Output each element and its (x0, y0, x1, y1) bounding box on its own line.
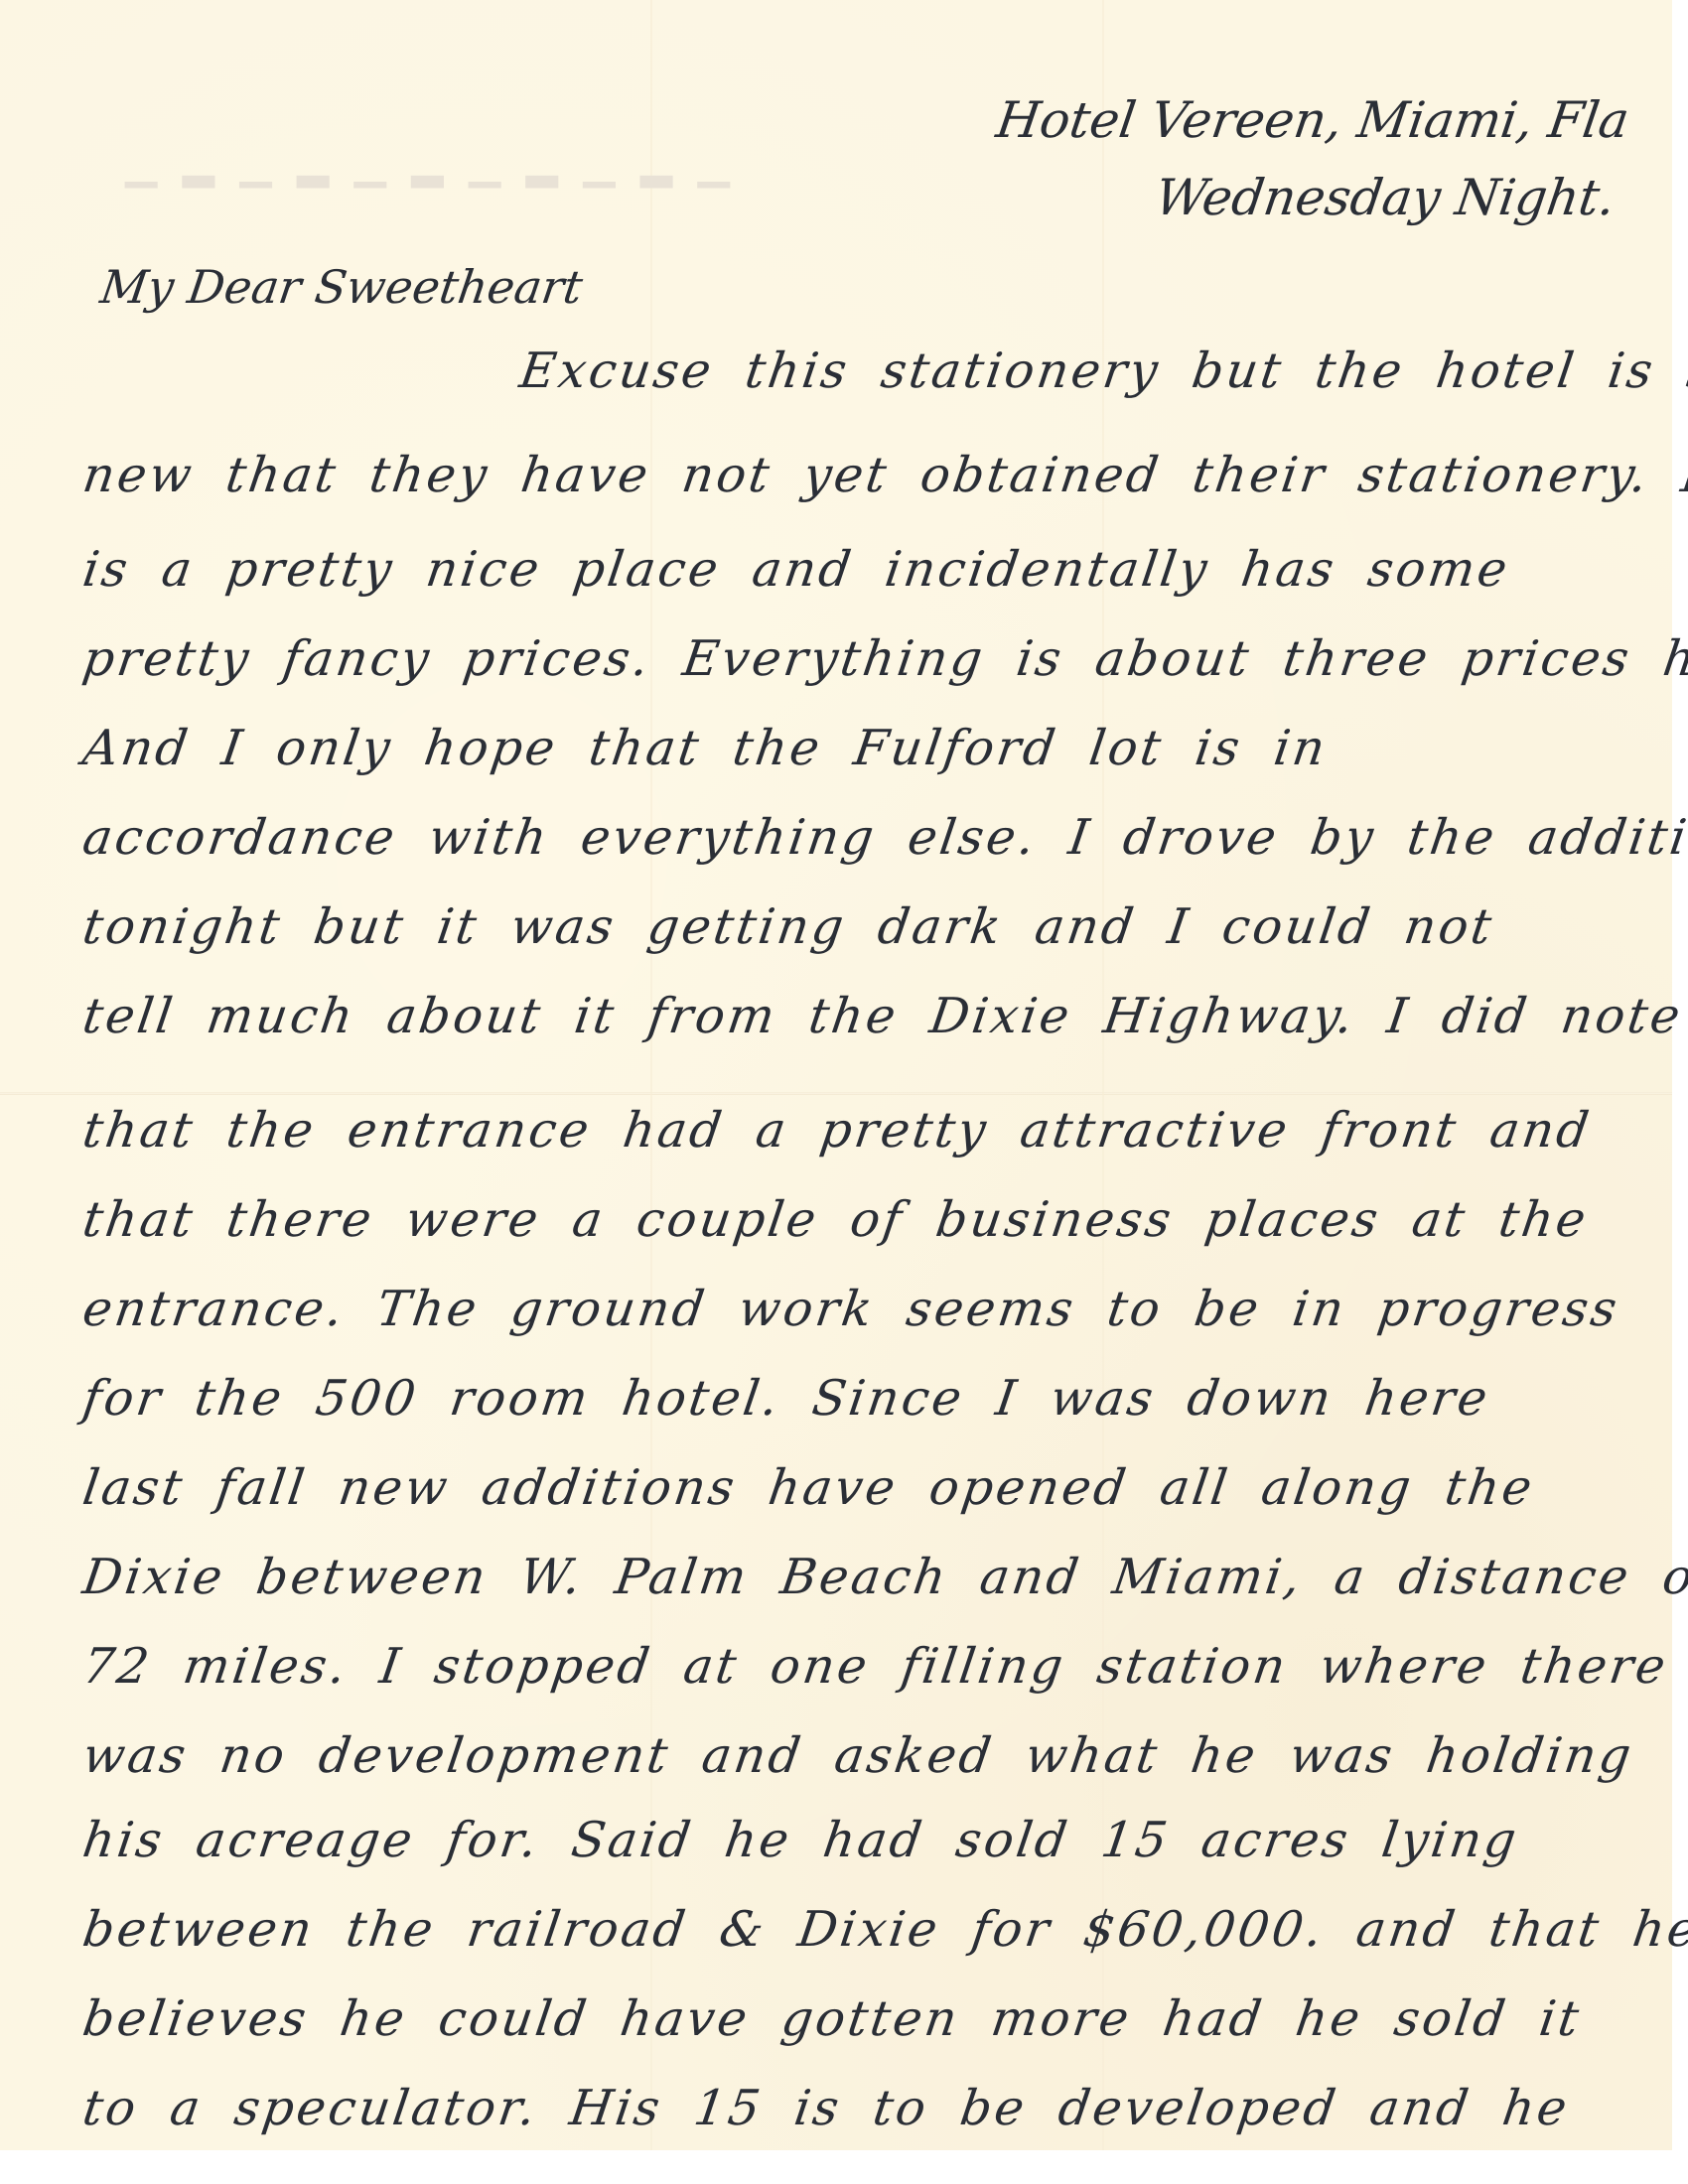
letter-line: Excuse this stationery but the hotel is … (516, 342, 1688, 399)
letter-heading-day: Wednesday Night. (1152, 169, 1618, 226)
letter-line: believes he could have gotten more had h… (79, 1990, 1585, 2047)
letter-line: was no development and asked what he was… (79, 1727, 1637, 1784)
letter-line: new that they have not yet obtained thei… (79, 447, 1688, 503)
bleed-through-text: ▁ ▂ ▁ ▂ ▁ ▂ ▁ ▂ ▁ ▂ ▁ (119, 139, 730, 188)
letter-line: entrance. The ground work seems to be in… (79, 1281, 1623, 1337)
letter-line: tonight but it was getting dark and I co… (79, 898, 1497, 955)
letter-line: between the railroad & Dixie for $60,000… (79, 1901, 1688, 1958)
letter-line: his acreage for. Said he had sold 15 acr… (79, 1812, 1522, 1868)
letter-page: ▁ ▂ ▁ ▂ ▁ ▂ ▁ ▂ ▁ ▂ ▁ Hotel Vereen, Miam… (0, 0, 1672, 2150)
letter-line: tell much about it from the Dixie Highwa… (79, 988, 1686, 1044)
letter-line: 72 miles. I stopped at one filling stati… (79, 1638, 1672, 1695)
letter-line: last fall new additions have opened all … (79, 1459, 1538, 1516)
letter-heading-place: Hotel Vereen, Miami, Fla (993, 91, 1632, 149)
letter-line: pretty fancy prices. Everything is about… (79, 630, 1688, 687)
letter-line: for the 500 room hotel. Since I was down… (79, 1370, 1493, 1427)
letter-salutation: My Dear Sweetheart (97, 260, 586, 314)
horizontal-fold-line (0, 1092, 1672, 1095)
letter-line: accordance with everything else. I drove… (79, 809, 1688, 866)
letter-line: Dixie between W. Palm Beach and Miami, a… (79, 1549, 1688, 1605)
letter-line: that there were a couple of business pla… (79, 1191, 1592, 1248)
letter-line: And I only hope that the Fulford lot is … (79, 720, 1332, 776)
letter-line: that the entrance had a pretty attractiv… (79, 1102, 1595, 1159)
letter-line: is a pretty nice place and incidentally … (79, 541, 1513, 598)
letter-line: to a speculator. His 15 is to be develop… (79, 2080, 1573, 2136)
